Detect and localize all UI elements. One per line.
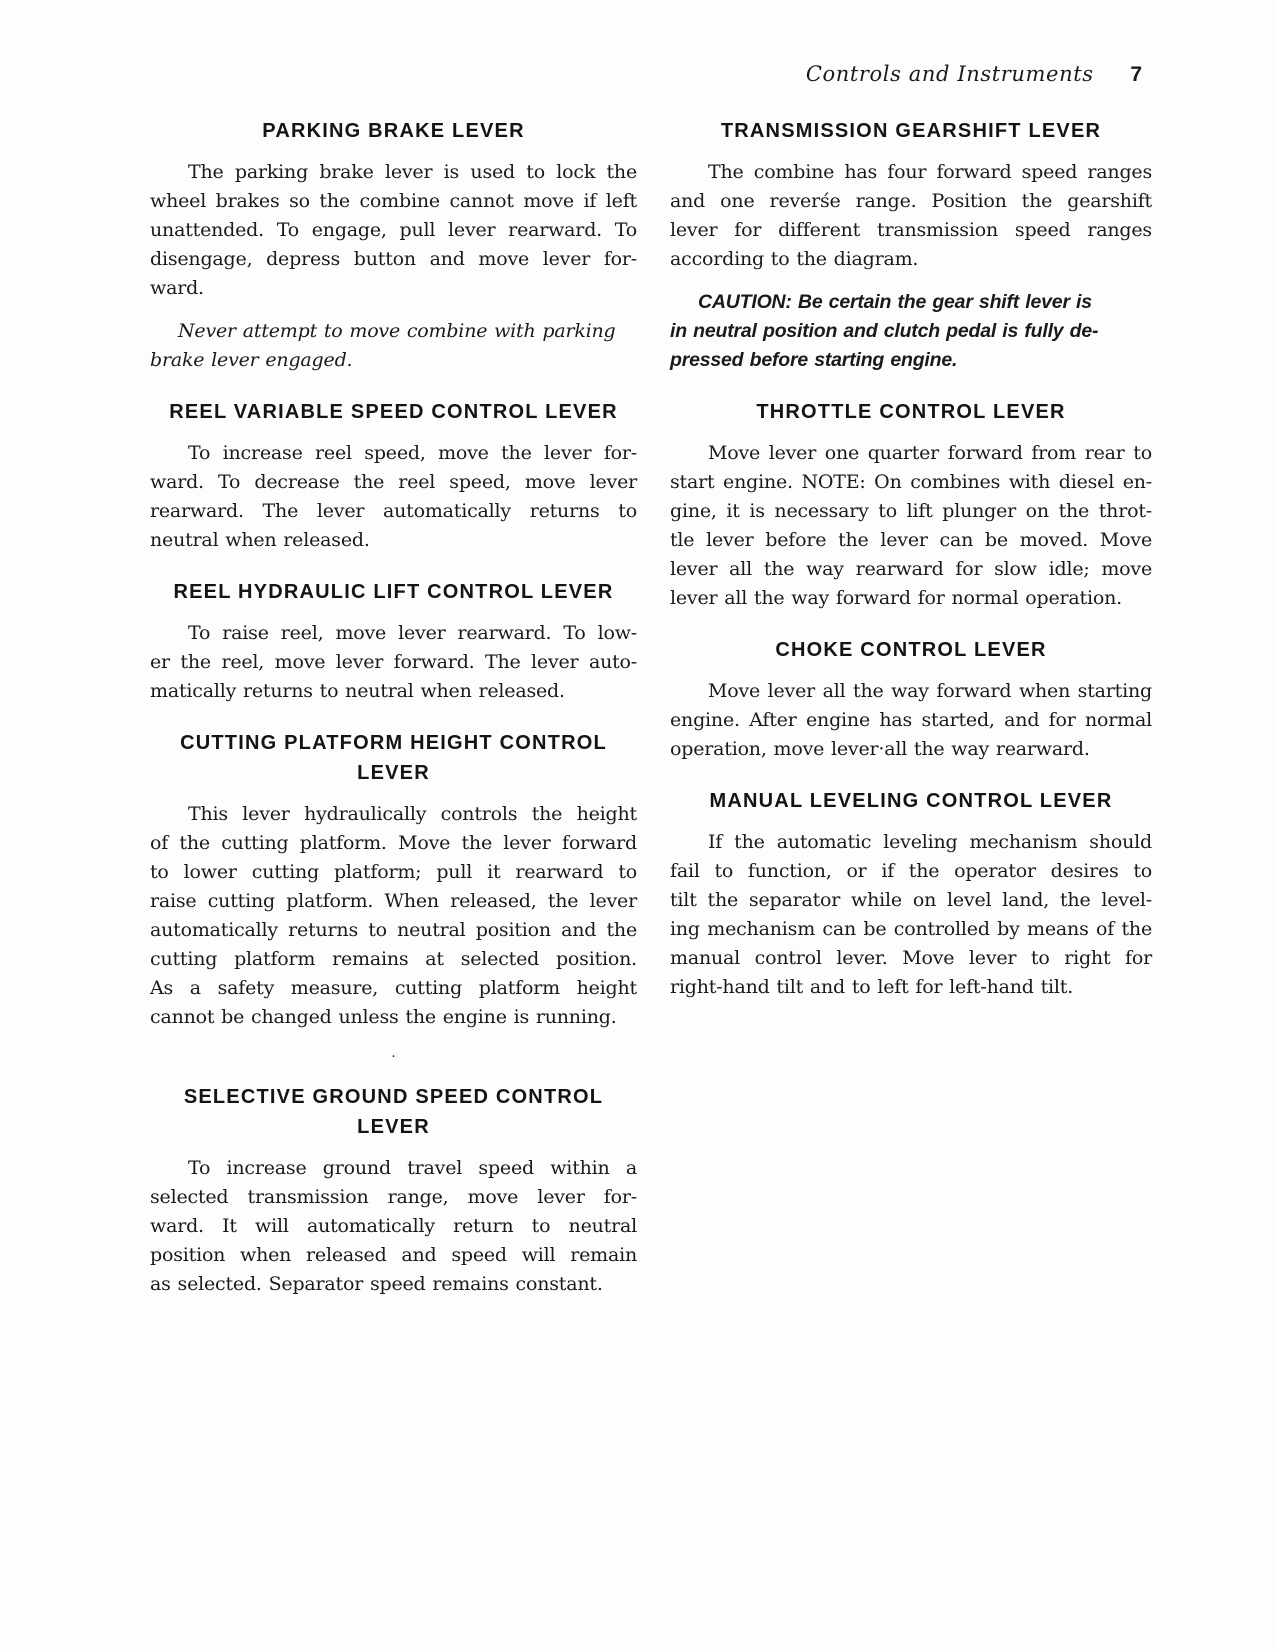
text-line: wheel brakes so the combine cannot move … <box>150 187 637 216</box>
text-line: gine, it is necessary to lift plunger on… <box>670 497 1152 526</box>
section-heading-manual-leveling: MANUAL LEVELING CONTROL LEVER <box>670 786 1152 816</box>
text-line: pressed before starting engine. <box>670 346 1152 375</box>
text-line: cutting platform remains at selected pos… <box>150 945 637 974</box>
text-line: lever all the way rearward for slow idle… <box>670 555 1152 584</box>
text-line: disengage, depress button and move lever… <box>150 245 637 274</box>
text-line: to lower cutting platform; pull it rearw… <box>150 858 637 887</box>
text-line: and one reverśe range. Position the gear… <box>670 187 1152 216</box>
text-line: automatically returns to neutral positio… <box>150 916 637 945</box>
italic-warning-note: Never attempt to move combine with parki… <box>150 317 637 375</box>
text-line: Move lever all the way forward when star… <box>670 677 1152 706</box>
section-heading-reel-variable-speed: REEL VARIABLE SPEED CONTROL LEVER <box>150 397 637 427</box>
paragraph-selective-ground-speed: To increase ground travel speed within a… <box>150 1154 637 1299</box>
text-line: fail to function, or if the operator des… <box>670 857 1152 886</box>
paragraph-reel-hydraulic-lift: To raise reel, move lever rearward. To l… <box>150 619 637 706</box>
paragraph-reel-variable-speed: To increase reel speed, move the lever f… <box>150 439 637 555</box>
text-line: ward. To decrease the reel speed, move l… <box>150 468 637 497</box>
text-line: Move lever one quarter forward from rear… <box>670 439 1152 468</box>
text-line: as selected. Separator speed remains con… <box>150 1270 637 1299</box>
text-line: cannot be changed unless the engine is r… <box>150 1003 637 1032</box>
text-line: lever for different transmission speed r… <box>670 216 1152 245</box>
text-line: rearward. The lever automatically return… <box>150 497 637 526</box>
section-heading-choke-control: CHOKE CONTROL LEVER <box>670 635 1152 665</box>
left-column: PARKING BRAKE LEVER The parking brake le… <box>150 108 637 1313</box>
text-line: unattended. To engage, pull lever rearwa… <box>150 216 637 245</box>
text-line: of the cutting platform. Move the lever … <box>150 829 637 858</box>
text-line: right-hand tilt and to left for left-han… <box>670 973 1152 1002</box>
section-heading-throttle-control: THROTTLE CONTROL LEVER <box>670 397 1152 427</box>
text-line: position when released and speed will re… <box>150 1241 637 1270</box>
paragraph-transmission-gearshift: The combine has four forward speed range… <box>670 158 1152 274</box>
right-column: TRANSMISSION GEARSHIFT LEVER The combine… <box>670 108 1152 1313</box>
text-line: To increase ground travel speed within a <box>150 1154 637 1183</box>
section-heading-selective-ground-speed: SELECTIVE GROUND SPEED CONTROL LEVER <box>150 1082 637 1142</box>
running-title: Controls and Instruments <box>806 62 1094 86</box>
text-line: ward. It will automatically return to ne… <box>150 1212 637 1241</box>
text-line: in neutral position and clutch pedal is … <box>670 317 1152 346</box>
paragraph-cutting-platform-height: This lever hydraulically controls the he… <box>150 800 637 1032</box>
text-line: selected transmission range, move lever … <box>150 1183 637 1212</box>
manual-page: Controls and Instruments 7 PARKING BRAKE… <box>0 0 1275 1650</box>
text-line: neutral when released. <box>150 526 637 555</box>
text-line: ing mechanism can be controlled by means… <box>670 915 1152 944</box>
text-line: Never attempt to move combine with parki… <box>150 317 637 346</box>
two-column-layout: PARKING BRAKE LEVER The parking brake le… <box>150 108 1152 1313</box>
text-line: lever all the way forward for normal ope… <box>670 584 1152 613</box>
text-line: engine. After engine has started, and fo… <box>670 706 1152 735</box>
running-header: Controls and Instruments 7 <box>806 62 1142 87</box>
text-line: As a safety measure, cutting platform he… <box>150 974 637 1003</box>
text-line: If the automatic leveling mechanism shou… <box>670 828 1152 857</box>
paragraph-manual-leveling: If the automatic leveling mechanism shou… <box>670 828 1152 1002</box>
page-number: 7 <box>1130 63 1142 86</box>
text-line: This lever hydraulically controls the he… <box>150 800 637 829</box>
text-line: according to the diagram. <box>670 245 1152 274</box>
text-line: The parking brake lever is used to lock … <box>150 158 637 187</box>
text-line: tle lever before the lever can be moved.… <box>670 526 1152 555</box>
text-line: er the reel, move lever forward. The lev… <box>150 648 637 677</box>
caution-paragraph: CAUTION: Be certain the gear shift lever… <box>670 288 1152 375</box>
ink-speck: . <box>150 1046 637 1060</box>
text-line: raise cutting platform. When released, t… <box>150 887 637 916</box>
section-heading-parking-brake-lever: PARKING BRAKE LEVER <box>150 116 637 146</box>
text-line: tilt the separator while on level land, … <box>670 886 1152 915</box>
paragraph-choke-control: Move lever all the way forward when star… <box>670 677 1152 764</box>
text-line: manual control lever. Move lever to righ… <box>670 944 1152 973</box>
section-heading-cutting-platform-height: CUTTING PLATFORM HEIGHT CONTROL LEVER <box>150 728 637 788</box>
text-line: The combine has four forward speed range… <box>670 158 1152 187</box>
text-line: operation, move lever·all the way rearwa… <box>670 735 1152 764</box>
text-line: To raise reel, move lever rearward. To l… <box>150 619 637 648</box>
text-line: matically returns to neutral when releas… <box>150 677 637 706</box>
text-line: ward. <box>150 274 637 303</box>
paragraph-parking-brake: The parking brake lever is used to lock … <box>150 158 637 303</box>
section-heading-reel-hydraulic-lift: REEL HYDRAULIC LIFT CONTROL LEVER <box>150 577 637 607</box>
section-heading-transmission-gearshift: TRANSMISSION GEARSHIFT LEVER <box>670 116 1152 146</box>
paragraph-throttle-control: Move lever one quarter forward from rear… <box>670 439 1152 613</box>
text-line: brake lever engaged. <box>150 346 637 375</box>
text-line: To increase reel speed, move the lever f… <box>150 439 637 468</box>
text-line: CAUTION: Be certain the gear shift lever… <box>670 288 1152 317</box>
text-line: start engine. NOTE: On combines with die… <box>670 468 1152 497</box>
